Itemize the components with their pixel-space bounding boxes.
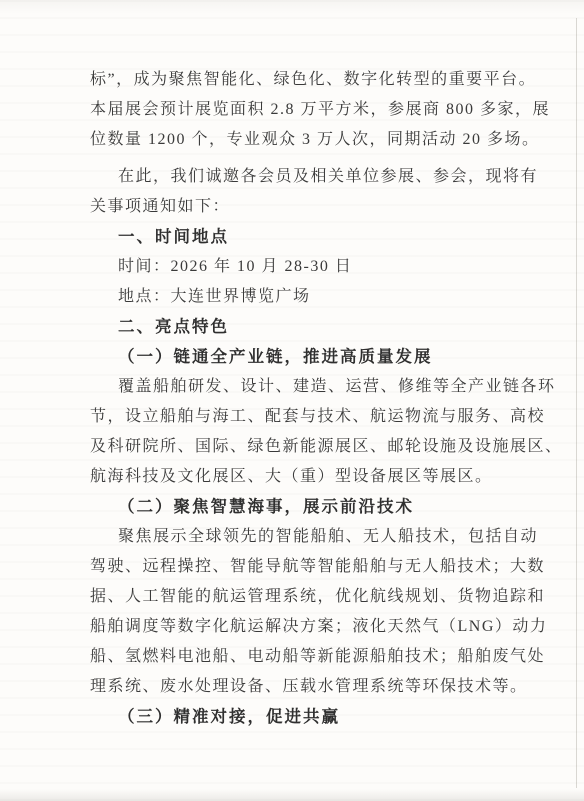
body-line: 覆盖船舶研发、设计、建造、运营、修维等全产业链各环 — [90, 372, 542, 402]
heading-time-place: 一、时间地点 — [90, 222, 542, 252]
body-line: 本届展会预计展览面积 2.8 万平方米，参展商 800 多家，展 — [90, 95, 542, 125]
subheading-smart-maritime: （二）聚焦智慧海事，展示前沿技术 — [90, 492, 542, 522]
page-edge-shadow — [576, 18, 577, 788]
place-line: 地点：大连世界博览广场 — [90, 282, 542, 312]
body-line: 航海科技及文化展区、大（重）型设备展区等展区。 — [90, 462, 542, 492]
document-content: 标”，成为聚焦智能化、绿色化、数字化转型的重要平台。 本届展会预计展览面积 2.… — [90, 65, 542, 732]
body-line: 及科研院所、国际、绿色新能源展区、邮轮设施及设施展区、 — [90, 432, 542, 462]
body-line: 驾驶、远程操控、智能导航等智能船舶与无人船技术；大数 — [90, 552, 542, 582]
body-line: 船舶调度等数字化航运解决方案；液化天然气（LNG）动力 — [90, 612, 542, 642]
body-line: 聚焦展示全球领先的智能船舶、无人船技术，包括自动 — [90, 522, 542, 552]
subheading-industry-chain: （一）链通全产业链，推进高质量发展 — [90, 342, 542, 372]
body-line: 标”，成为聚焦智能化、绿色化、数字化转型的重要平台。 — [90, 65, 542, 95]
document-page: 标”，成为聚焦智能化、绿色化、数字化转型的重要平台。 本届展会预计展览面积 2.… — [0, 0, 584, 801]
body-line: 据、人工智能的航运管理系统，优化航线规划、货物追踪和 — [90, 582, 542, 612]
body-line: 关事项通知如下： — [90, 192, 542, 222]
body-line: 船、氢燃料电池船、电动船等新能源船舶技术；船舶废气处 — [90, 642, 542, 672]
body-line: 理系统、废水处理设备、压载水管理系统等环保技术等。 — [90, 672, 542, 702]
body-line: 位数量 1200 个，专业观众 3 万人次，同期活动 20 多场。 — [90, 125, 542, 155]
subheading-precise-matching: （三）精准对接，促进共赢 — [90, 702, 542, 732]
page-bottom-shadow — [0, 789, 584, 801]
body-line: 节，设立船舶与海工、配套与技术、航运物流与服务、高校 — [90, 402, 542, 432]
time-line: 时间：2026 年 10 月 28-30 日 — [90, 252, 542, 282]
heading-highlights: 二、亮点特色 — [90, 312, 542, 342]
body-line: 在此，我们诚邀各会员及相关单位参展、参会，现将有 — [90, 162, 542, 192]
